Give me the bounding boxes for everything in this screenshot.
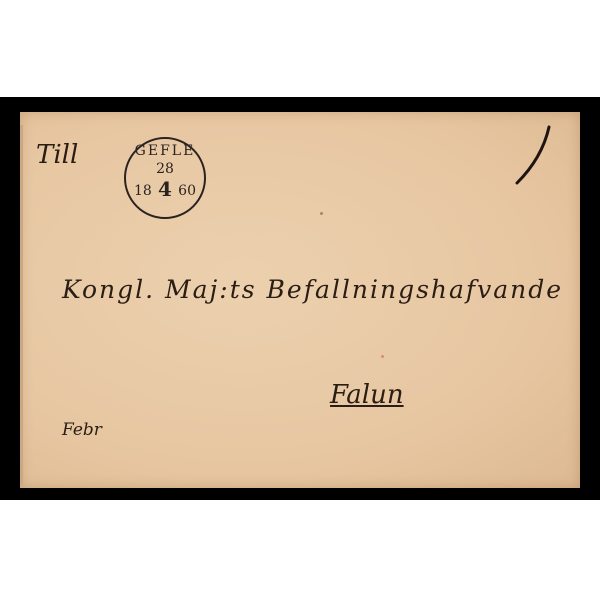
corner-mark-stroke [0, 0, 600, 600]
